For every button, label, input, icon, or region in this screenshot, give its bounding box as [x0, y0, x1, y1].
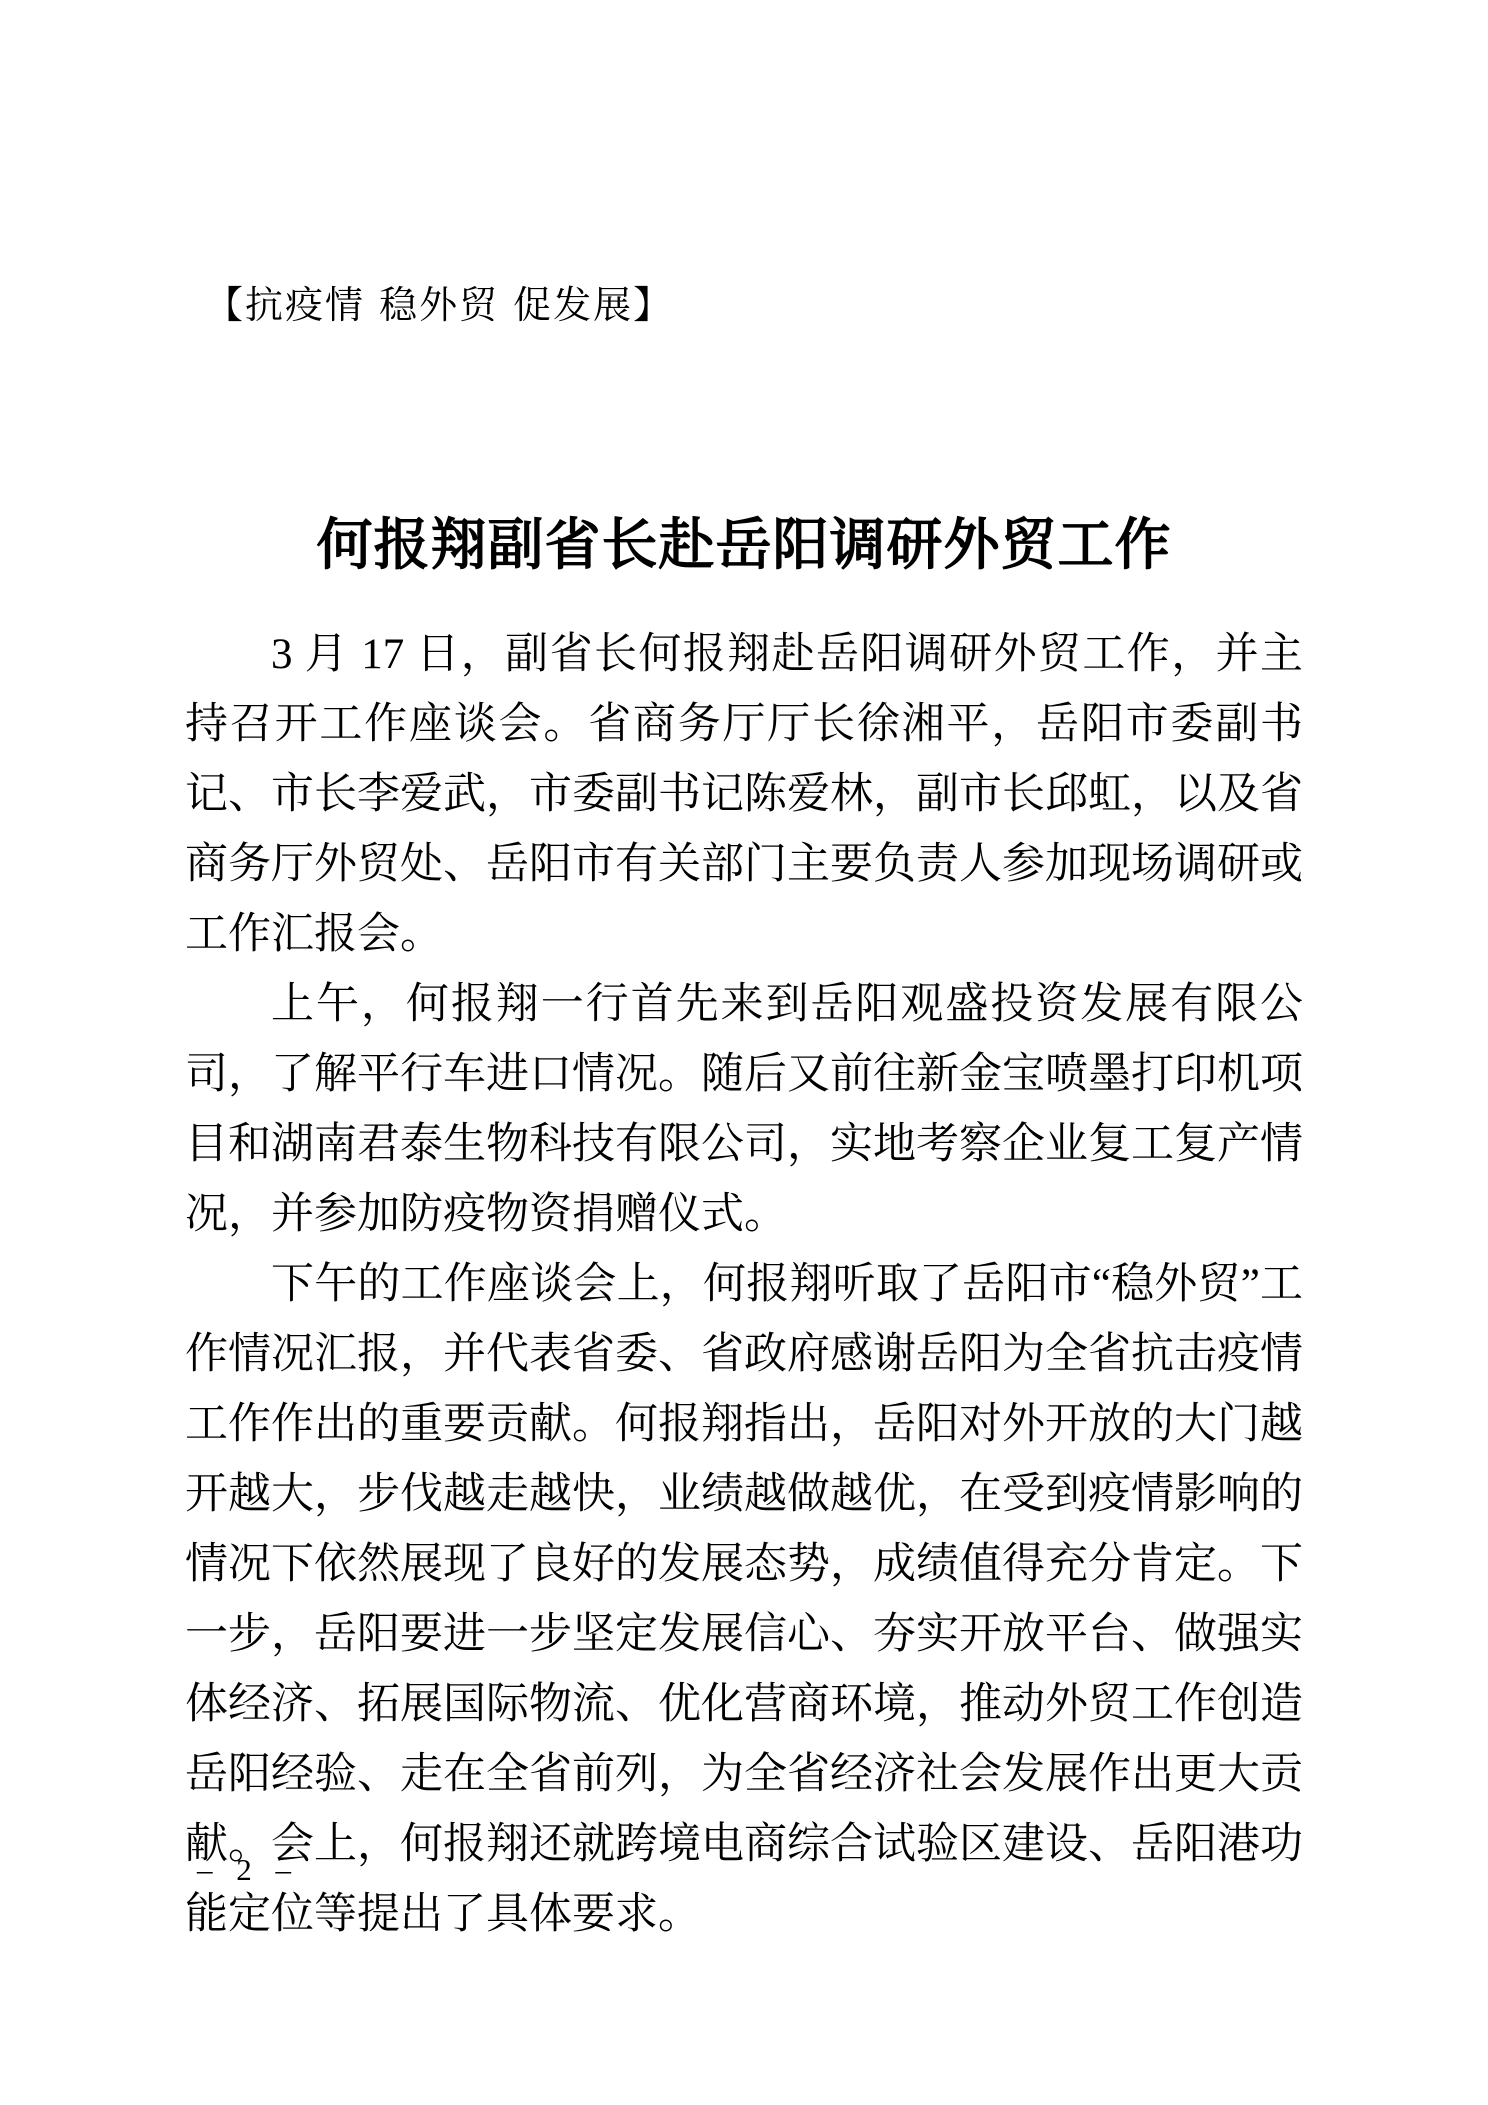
document-body: 3 月 17 日，副省长何报翔赴岳阳调研外贸工作，并主持召开工作座谈会。省商务厅…: [185, 620, 1303, 1950]
paragraph-1: 3 月 17 日，副省长何报翔赴岳阳调研外贸工作，并主持召开工作座谈会。省商务厅…: [185, 620, 1303, 970]
document-page: 【抗疫情 稳外贸 促发展】 何报翔副省长赴岳阳调研外贸工作 3 月 17 日，副…: [0, 0, 1488, 2105]
paragraph-2: 上午，何报翔一行首先来到岳阳观盛投资发展有限公司，了解平行车进口情况。随后又前往…: [185, 970, 1303, 1250]
paragraph-3: 下午的工作座谈会上，何报翔听取了岳阳市“稳外贸”工作情况汇报，并代表省委、省政府…: [185, 1250, 1303, 1950]
page-number: – 2 –: [197, 1852, 299, 1888]
section-tag: 【抗疫情 稳外贸 促发展】: [205, 283, 673, 327]
document-title: 何报翔副省长赴岳阳调研外贸工作: [0, 516, 1488, 576]
